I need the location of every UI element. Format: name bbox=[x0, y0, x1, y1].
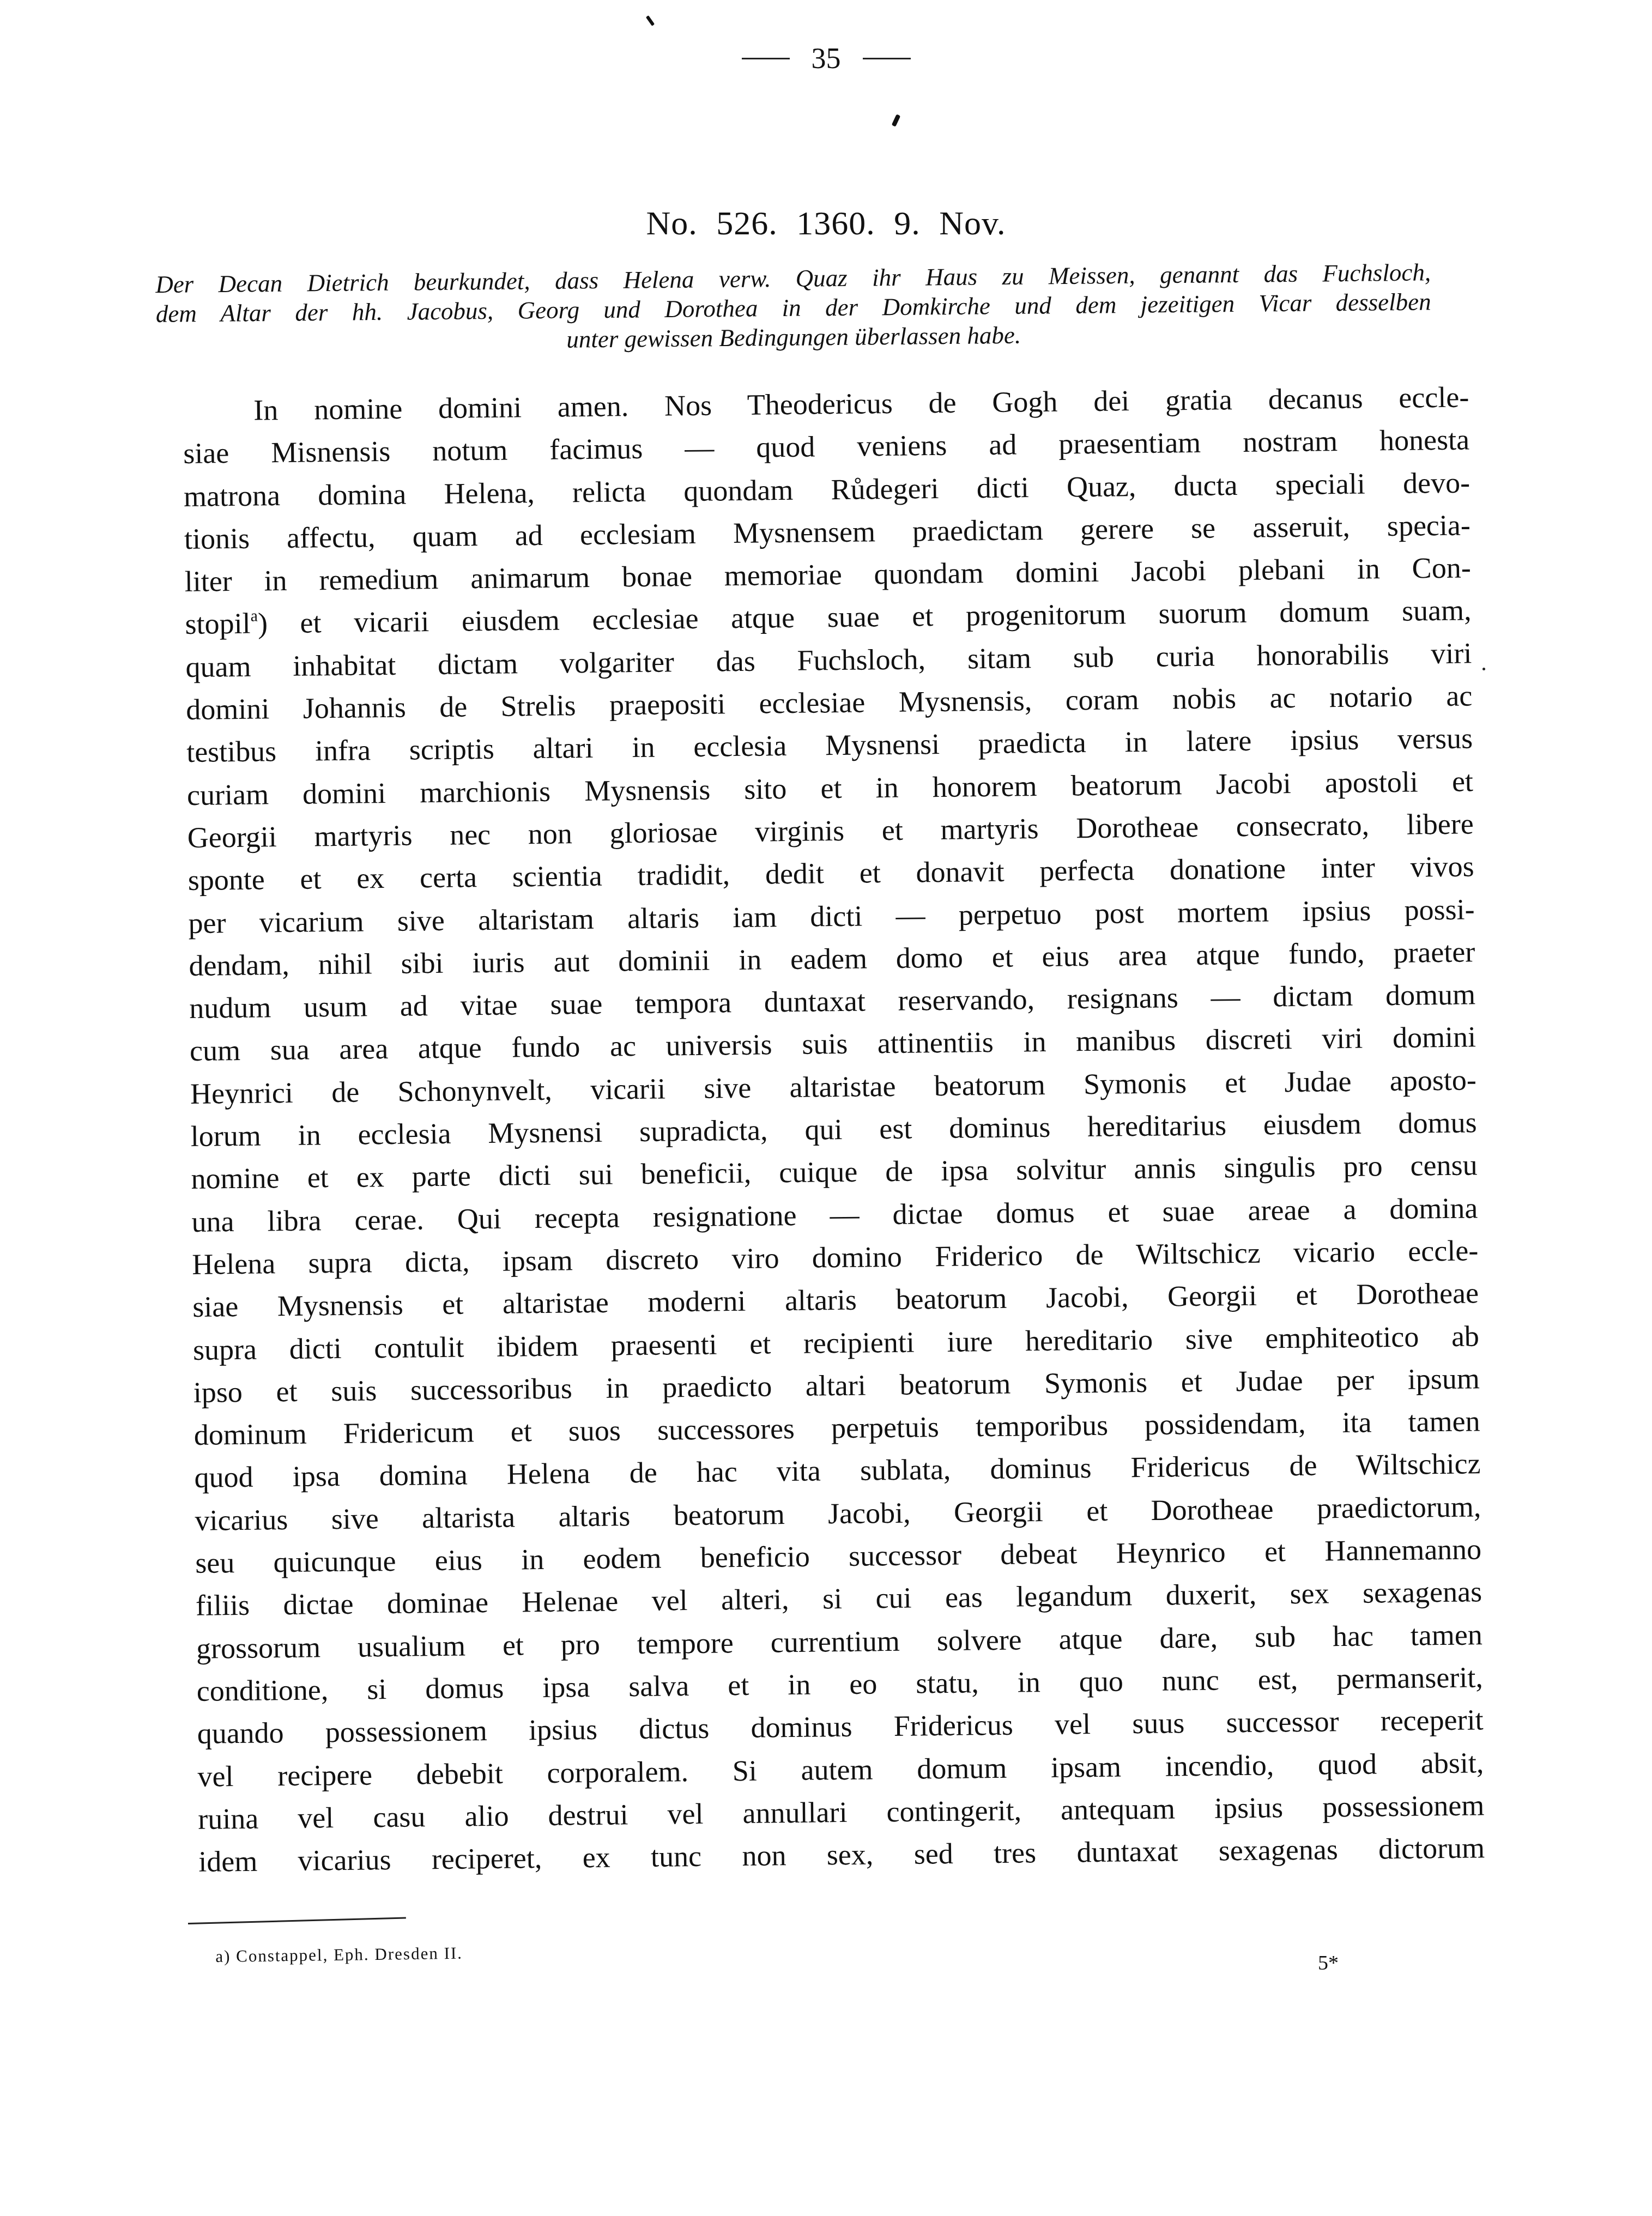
scan-artifact-mark bbox=[646, 15, 655, 26]
document-page: 35 No. 526. 1360. 9. Nov. Der Decan Diet… bbox=[0, 0, 1652, 2216]
document-title: No. 526. 1360. 9. Nov. bbox=[0, 204, 1652, 243]
footnote: a) Constappel, Eph. Dresden II. bbox=[215, 1943, 463, 1966]
document-body: In nomine domini amen. Nos Theodericus d… bbox=[183, 376, 1485, 1883]
signature-mark: 5* bbox=[1318, 1951, 1339, 1975]
footnote-marker: a bbox=[250, 607, 258, 625]
scan-artifact-dot bbox=[1482, 668, 1485, 670]
running-head-rule-left bbox=[742, 58, 790, 59]
running-head-rule-right bbox=[863, 58, 911, 59]
page-number: 35 bbox=[812, 44, 841, 73]
body-line-start: stopil bbox=[185, 607, 251, 640]
running-head: 35 bbox=[0, 44, 1652, 73]
scan-artifact-mark bbox=[892, 114, 901, 126]
footnote-divider bbox=[188, 1917, 406, 1924]
body-line-rest: ) et vicarii eiusdem ecclesiae atque sua… bbox=[258, 594, 1472, 640]
document-summary: Der Decan Dietrich beurkundet, dass Hele… bbox=[155, 258, 1431, 358]
